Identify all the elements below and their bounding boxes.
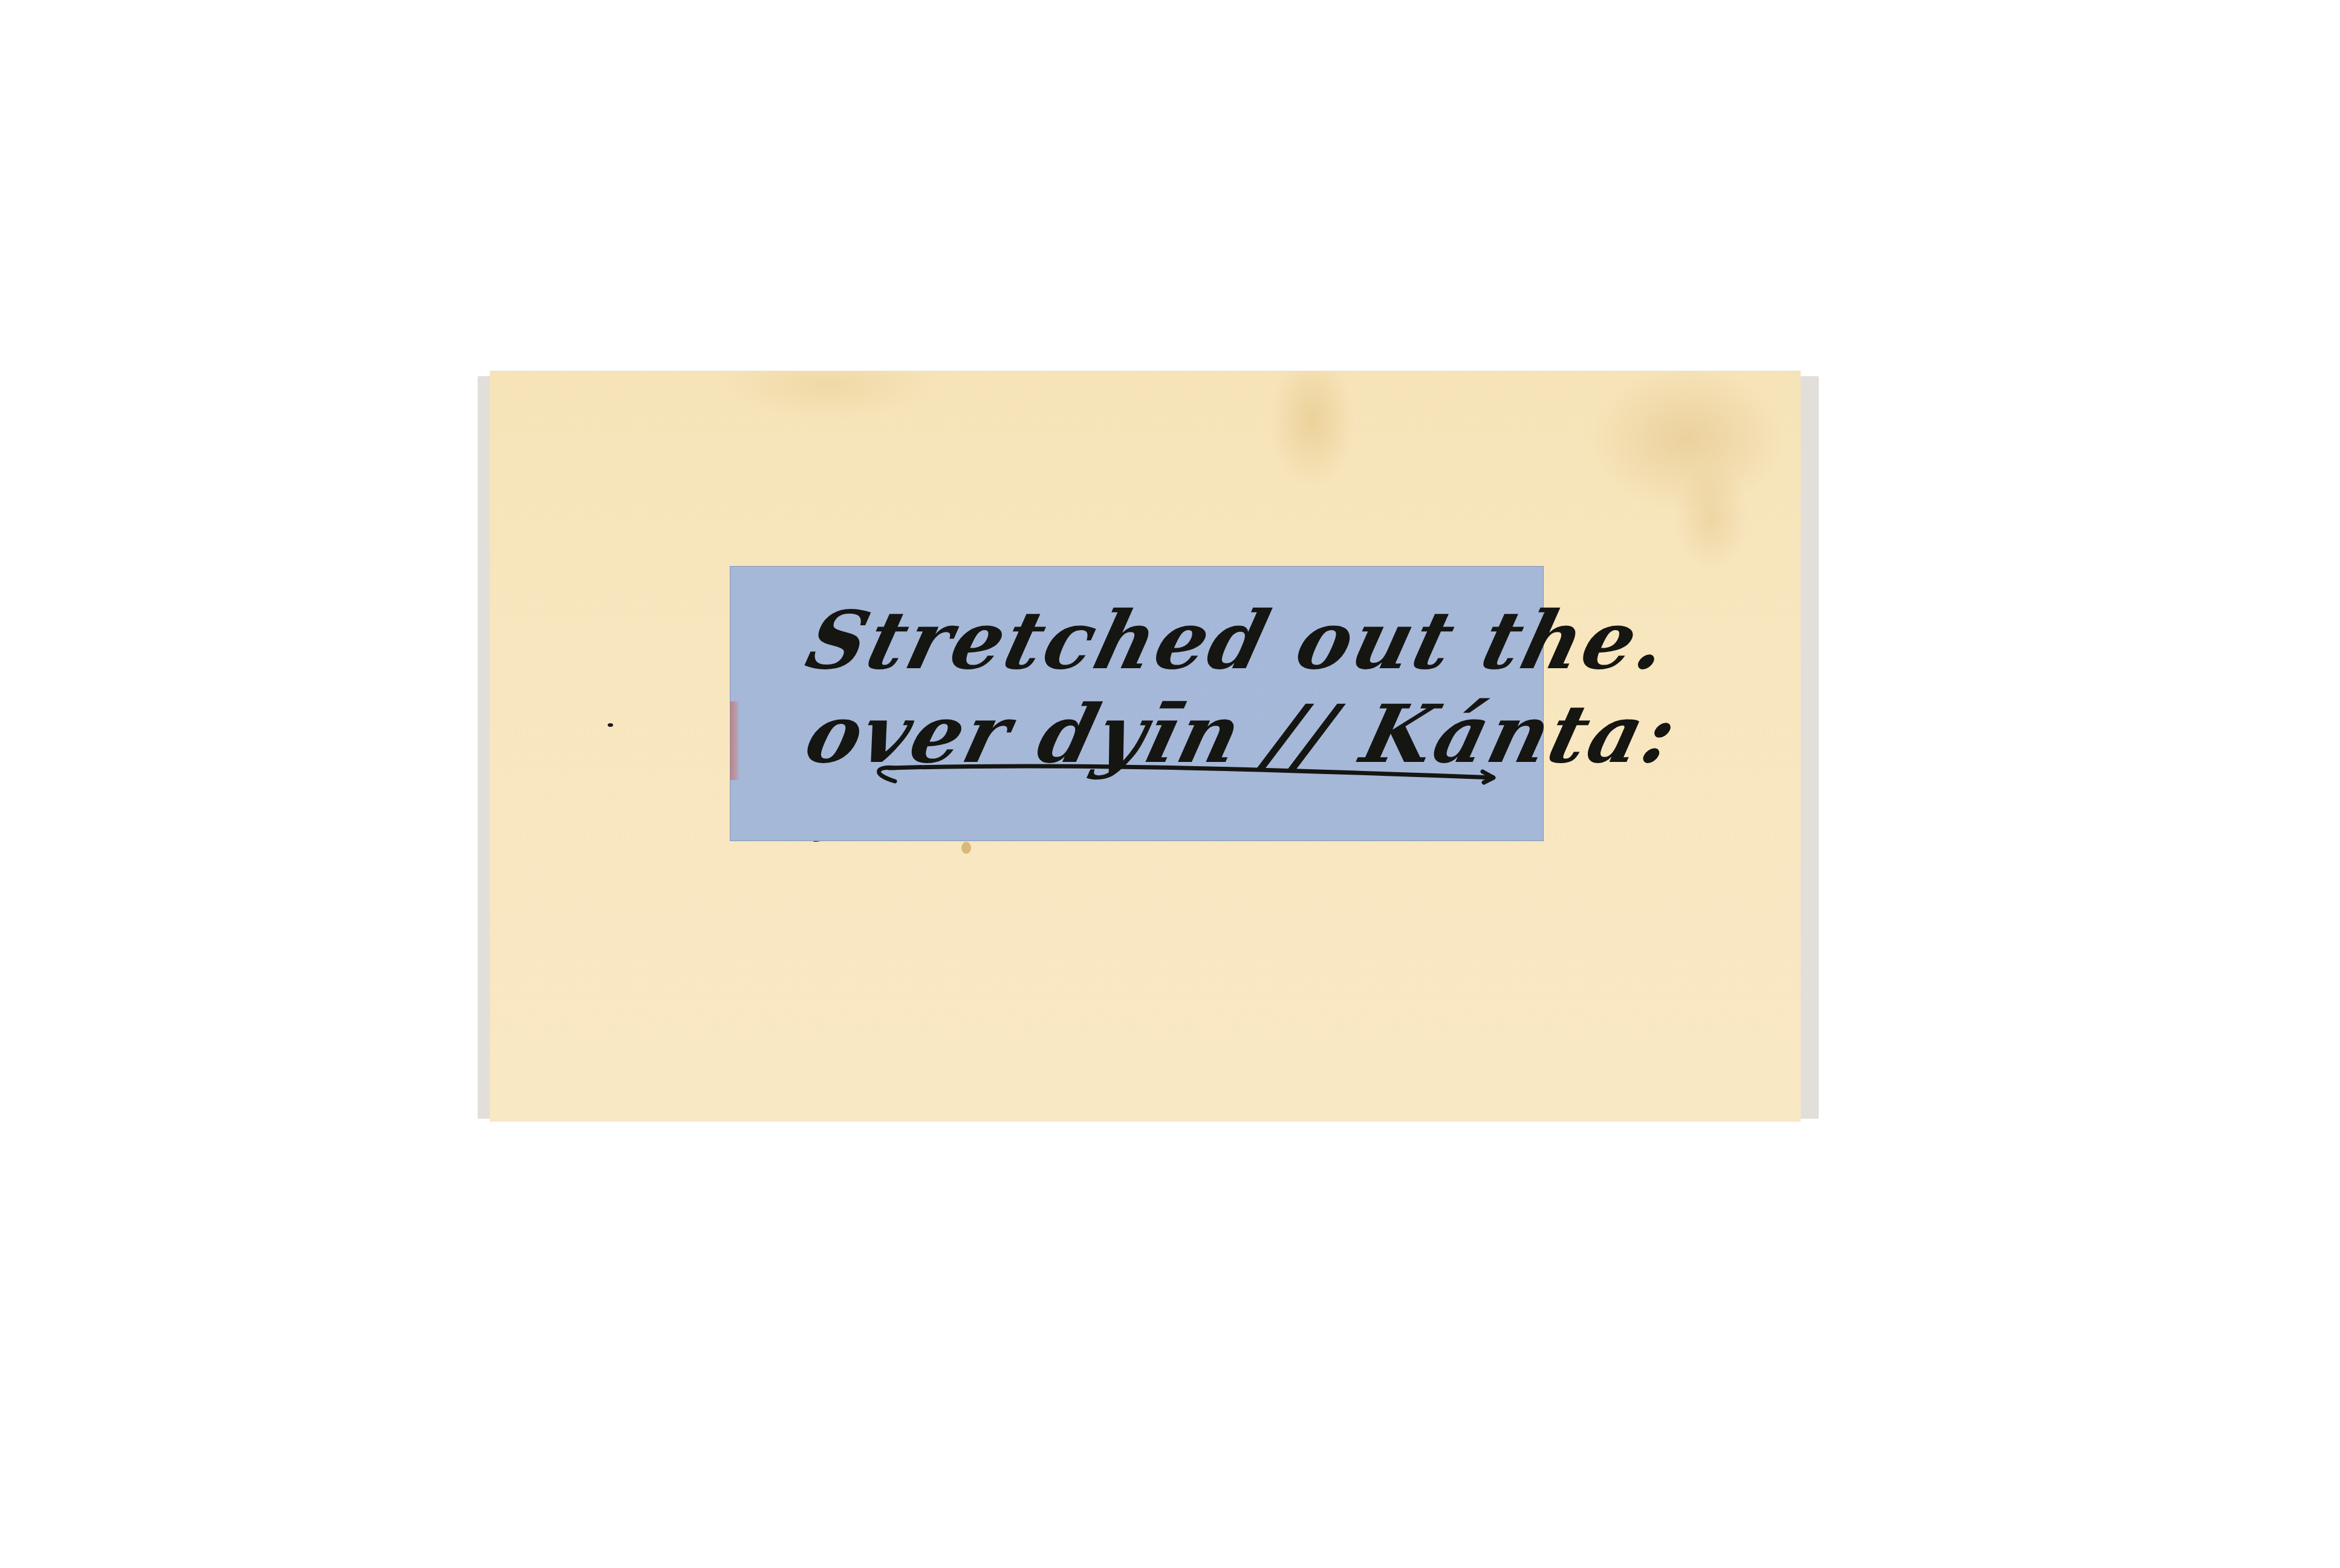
document-photo: Stretched out the. over dyīn // Kánta: bbox=[0, 0, 2340, 1568]
red-seal-trace bbox=[730, 701, 739, 780]
handwriting-line-1: Stretched out the. bbox=[798, 596, 1679, 686]
ink-speck bbox=[608, 723, 613, 727]
underline-flourish bbox=[871, 750, 1506, 786]
foxing-stain bbox=[961, 842, 971, 854]
